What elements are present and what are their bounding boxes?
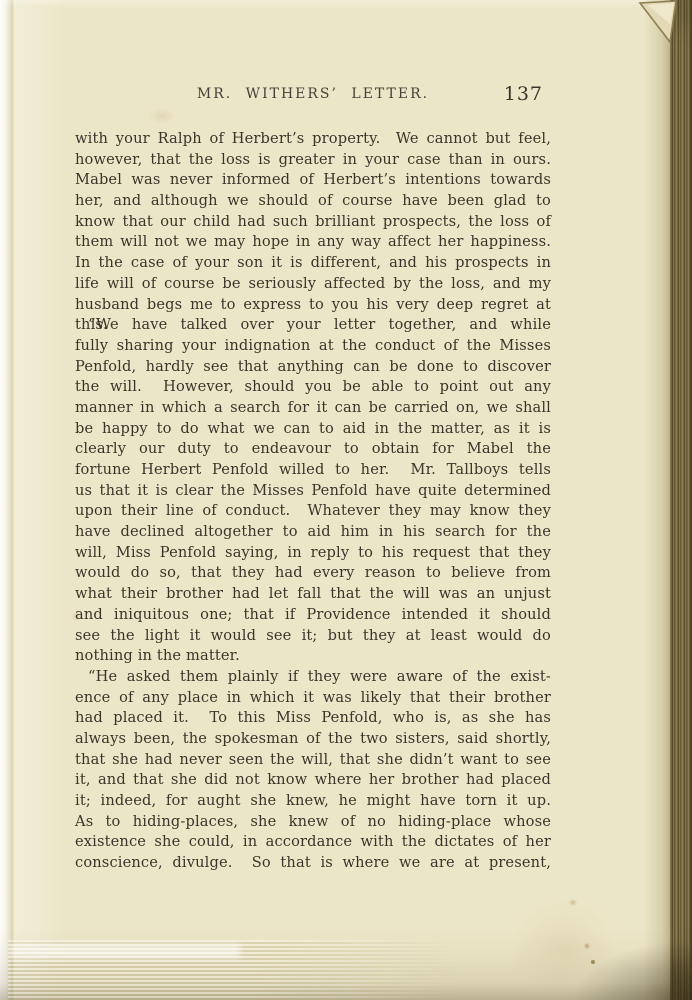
text-line: nothing in the matter. [75, 646, 551, 667]
text-line: manner in which a search for it can be c… [75, 398, 551, 419]
text-line: us that it is clear the Misses Penfold h… [75, 481, 551, 502]
text-line: it, and that she did not know where her … [75, 770, 551, 791]
text-line: that she had never seen the will, that s… [75, 750, 551, 771]
text-line: however, that the loss is greater in you… [75, 150, 551, 171]
foxing-spot [569, 899, 577, 906]
text-line: with your Ralph of Herbert’s property. W… [75, 129, 551, 150]
text-line: it; indeed, for aught she knew, he might… [75, 791, 551, 812]
text-line: “He asked them plainly if they were awar… [75, 667, 551, 688]
stacked-page-edges [670, 0, 692, 1000]
chapter-running-title: MR. WITHERS’ LETTER. [75, 86, 551, 102]
text-line: and iniquitous one; that if Providence i… [75, 605, 551, 626]
text-line: “We have talked over your letter togethe… [75, 315, 551, 336]
text-line: ence of any place in which it was likely… [75, 688, 551, 709]
text-line: had placed it. To this Miss Penfold, who… [75, 708, 551, 729]
text-line: the will. However, should you be able to… [75, 377, 551, 398]
top-edge-highlight [0, 0, 670, 8]
text-line: know that our child had such brilliant p… [75, 212, 551, 233]
folded-corner [638, 0, 686, 50]
text-line: fortune Herbert Penfold willed to her. M… [75, 460, 551, 481]
text-line: upon their line of conduct. Whatever the… [75, 501, 551, 522]
text-line: As to hiding-places, she knew of no hidi… [75, 812, 551, 833]
text-line: life will of course be seriously affecte… [75, 274, 551, 295]
text-line: fully sharing your indignation at the co… [75, 336, 551, 357]
text-line: her, and although we should of course ha… [75, 191, 551, 212]
text-line: them will not we may hope in any way aff… [75, 232, 551, 253]
text-line: husband begs me to express to you his ve… [75, 295, 551, 316]
text-line: Mabel was never informed of Herbert’s in… [75, 170, 551, 191]
book-page-scan: MR. WITHERS’ LETTER. 137 with your Ralph… [0, 0, 692, 1000]
bottom-edge-highlight [10, 944, 240, 958]
text-line: see the light it would see it; but they … [75, 626, 551, 647]
running-header: MR. WITHERS’ LETTER. 137 [75, 86, 551, 110]
text-block: with your Ralph of Herbert’s property. W… [75, 129, 551, 874]
text-line: existence she could, in accordance with … [75, 832, 551, 853]
page-number: 137 [504, 83, 543, 105]
text-line: clearly our duty to endeavour to obtain … [75, 439, 551, 460]
page-left-edge [0, 0, 14, 1000]
gutter-highlight [14, 0, 66, 1000]
text-line: be happy to do what we can to aid in the… [75, 419, 551, 440]
paper-stain [148, 108, 176, 124]
page-edge-shadow [644, 0, 670, 1000]
text-line: conscience, divulge. So that is where we… [75, 853, 551, 874]
text-line: what their brother had let fall that the… [75, 584, 551, 605]
bottom-right-shadow [572, 940, 692, 1000]
text-line: always been, the spokesman of the two si… [75, 729, 551, 750]
text-line: have declined altogether to aid him in h… [75, 522, 551, 543]
text-line: In the case of your son it is different,… [75, 253, 551, 274]
text-line: Penfold, hardly see that anything can be… [75, 357, 551, 378]
text-line: would do so, that they had every reason … [75, 563, 551, 584]
text-line: will, Miss Penfold saying, in reply to h… [75, 543, 551, 564]
